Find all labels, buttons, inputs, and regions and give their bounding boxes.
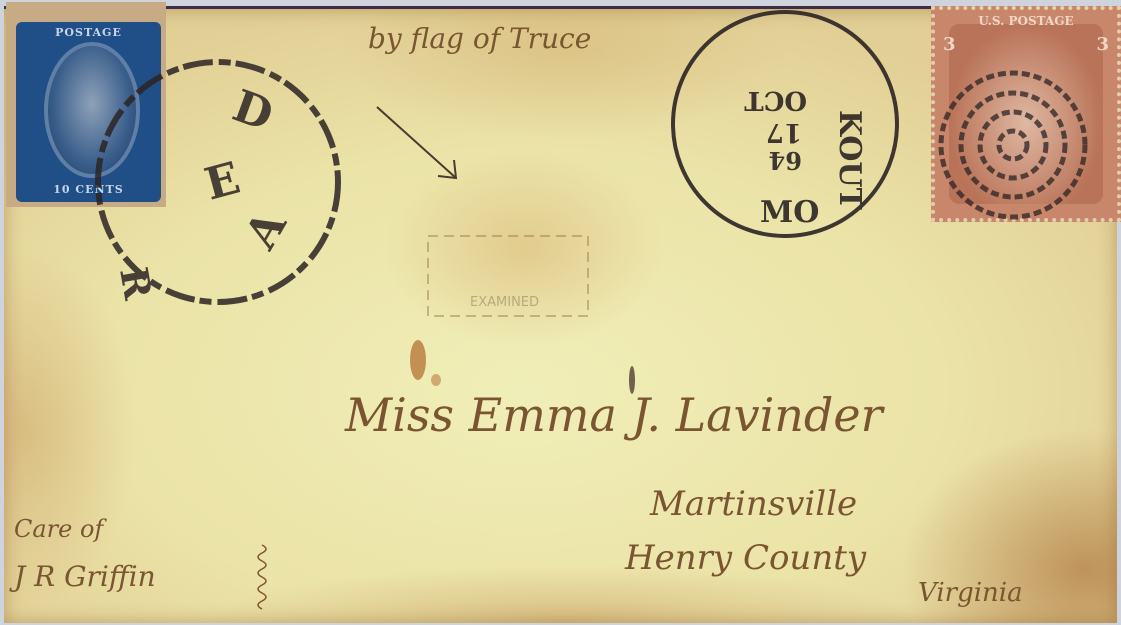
endorsement-text: by flag of Truce — [368, 22, 591, 55]
ink-stains — [410, 340, 635, 394]
postal-markings: D E A R OCT 17 64 MO KOUT EXAMINED — [0, 0, 1121, 625]
svg-text:A: A — [235, 202, 297, 259]
arrow-icon — [377, 107, 456, 178]
svg-text:MO: MO — [760, 195, 819, 230]
care-of-name: J R Griffin — [14, 560, 156, 593]
old-point-comfort-postmark: OCT 17 64 MO KOUT — [673, 12, 897, 236]
richmond-postmark: D E A R — [98, 62, 338, 303]
address-line-3: Henry County — [625, 538, 866, 578]
address-line-1: Miss Emma J. Lavinder — [345, 388, 883, 442]
address-line-4: Virginia — [918, 578, 1023, 608]
examined-handstamp: EXAMINED — [428, 236, 588, 316]
svg-text:D: D — [226, 80, 279, 141]
svg-text:E: E — [200, 153, 246, 211]
pencil-squiggle — [258, 545, 266, 609]
svg-text:KOUT: KOUT — [832, 110, 867, 211]
svg-text:64: 64 — [769, 146, 802, 175]
svg-text:OCT: OCT — [744, 85, 807, 115]
svg-text:R: R — [111, 264, 161, 303]
care-of-label: Care of — [14, 515, 103, 543]
svg-text:17: 17 — [766, 117, 802, 147]
target-cancel — [941, 73, 1085, 217]
svg-text:EXAMINED: EXAMINED — [470, 295, 539, 310]
address-line-2: Martinsville — [650, 484, 857, 524]
